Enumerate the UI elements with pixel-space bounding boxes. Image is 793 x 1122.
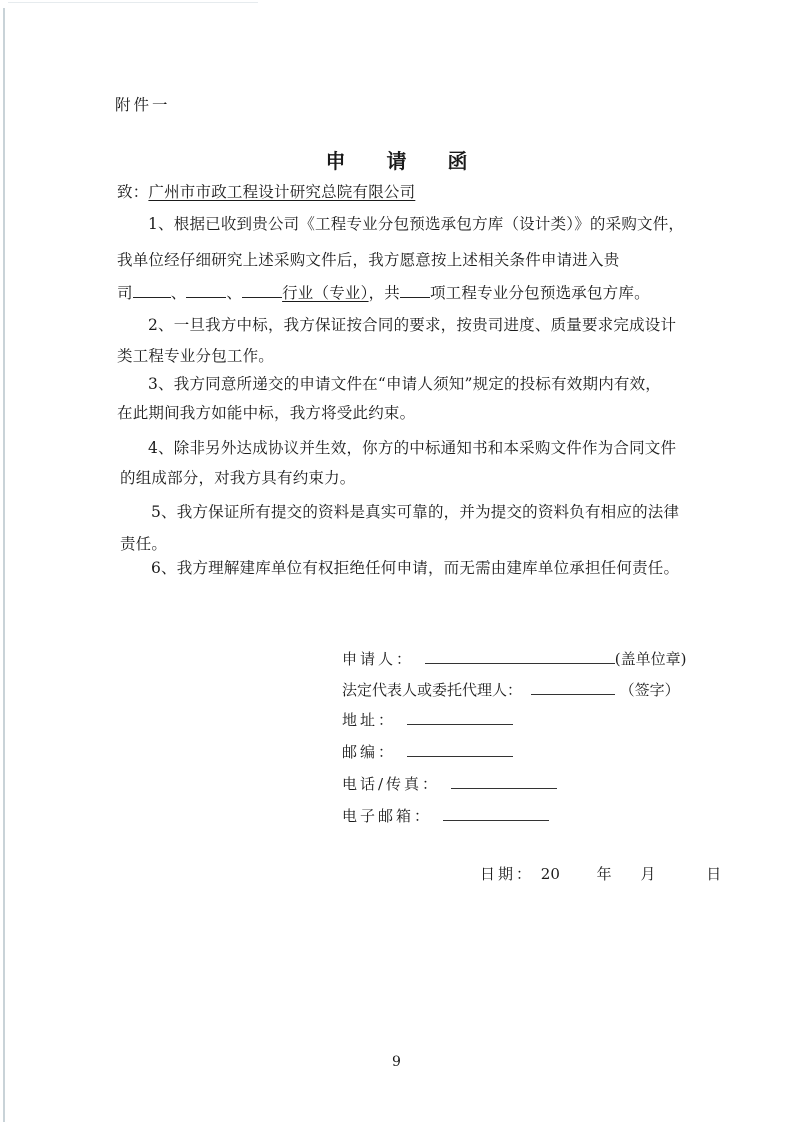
title-char: 请 xyxy=(387,145,407,174)
paragraph-3-line-2: 在此期间我方如能中标，我方将受此约束。 xyxy=(117,403,415,423)
address-field[interactable] xyxy=(407,710,513,725)
paragraph-6-line-1: 6、我方理解建库单位有权拒绝任何申请，而无需由建库单位承担任何责任。 xyxy=(151,558,679,578)
phone-fax-row: 电话/传真： xyxy=(342,774,557,794)
document-title: 申 请 函 xyxy=(0,145,793,174)
representative-row: 法定代表人或委托代理人： （签字） xyxy=(342,680,680,700)
phone-fax-label: 电话/传真： xyxy=(342,775,440,793)
email-field[interactable] xyxy=(443,806,549,821)
applicant-row: 申请人： (盖单位章) xyxy=(342,649,687,669)
title-char: 申 xyxy=(326,145,346,174)
text: 项工程专业分包预选承包方库。 xyxy=(430,284,650,302)
paragraph-4-line-1: 4、除非另外达成协议并生效，你方的中标通知书和本采购文件作为合同文件 xyxy=(148,438,676,458)
blank-field-3[interactable] xyxy=(242,281,282,298)
salutation: 致：广州市市政工程设计研究总院有限公司 xyxy=(117,182,415,202)
email-row: 电子邮箱： xyxy=(342,806,549,826)
paragraph-2-line-1: 2、一旦我方中标，我方保证按合同的要求，按贵司进度、质量要求完成设计 xyxy=(148,315,676,335)
paragraph-1-line-3: 司、、行业（专业），共项工程专业分包预选承包方库。 xyxy=(117,281,650,303)
paragraph-1-line-1: 1、根据已收到贵公司《工程专业分包预选承包方库（设计类）》的采购文件， xyxy=(148,214,684,234)
address-row: 地址： xyxy=(342,710,513,730)
separator: 、 xyxy=(171,284,187,302)
phone-fax-field[interactable] xyxy=(451,774,557,789)
postcode-field[interactable] xyxy=(407,742,513,757)
paragraph-3-line-1: 3、我方同意所递交的申请文件在“申请人须知”规定的投标有效期内有效， xyxy=(148,374,661,394)
representative-field[interactable] xyxy=(531,680,615,695)
scan-top-artifact xyxy=(8,2,258,3)
date-day-unit: 日 xyxy=(706,863,721,884)
applicant-note: (盖单位章) xyxy=(615,650,687,668)
paragraph-5-line-1: 5、我方保证所有提交的资料是真实可靠的，并为提交的资料负有相应的法律 xyxy=(151,502,679,522)
title-char: 函 xyxy=(447,145,467,174)
applicant-field[interactable] xyxy=(425,649,615,664)
date-year-unit: 年 xyxy=(597,863,612,884)
paragraph-5-line-2: 责任。 xyxy=(120,534,167,554)
date-label: 日期： xyxy=(480,863,534,884)
applicant-label: 申请人： xyxy=(342,650,414,668)
date-month-unit: 月 xyxy=(640,863,655,884)
industry-label: 行业（专业） xyxy=(282,284,368,302)
date-year-prefix: 20 xyxy=(541,865,560,883)
paragraph-4-line-2: 的组成部分，对我方具有约束力。 xyxy=(120,468,356,488)
blank-field-count[interactable] xyxy=(400,281,430,298)
recipient-name: 广州市市政工程设计研究总院有限公司 xyxy=(148,183,415,201)
postcode-row: 邮编： xyxy=(342,742,513,762)
separator: 、 xyxy=(226,284,242,302)
paragraph-1-line-2: 我单位经仔细研究上述采购文件后，我方愿意按上述相关条件申请进入贵 xyxy=(117,250,619,270)
blank-field-1[interactable] xyxy=(133,281,171,298)
postcode-label: 邮编： xyxy=(342,743,396,761)
date-row: 日期： 20 年 月 日 xyxy=(480,863,721,884)
text: ，共 xyxy=(369,284,400,302)
address-label: 地址： xyxy=(342,711,396,729)
page-number: 9 xyxy=(0,1054,793,1070)
attachment-label: 附件一 xyxy=(115,95,171,115)
email-label: 电子邮箱： xyxy=(342,807,432,825)
text: 司 xyxy=(117,284,133,302)
representative-note: （签字） xyxy=(620,681,680,699)
paragraph-2-line-2: 类工程专业分包工作。 xyxy=(117,346,274,366)
representative-label: 法定代表人或委托代理人： xyxy=(342,681,522,699)
salutation-prefix: 致： xyxy=(117,183,148,201)
scan-edge-artifact xyxy=(3,8,5,1122)
blank-field-2[interactable] xyxy=(186,281,226,298)
